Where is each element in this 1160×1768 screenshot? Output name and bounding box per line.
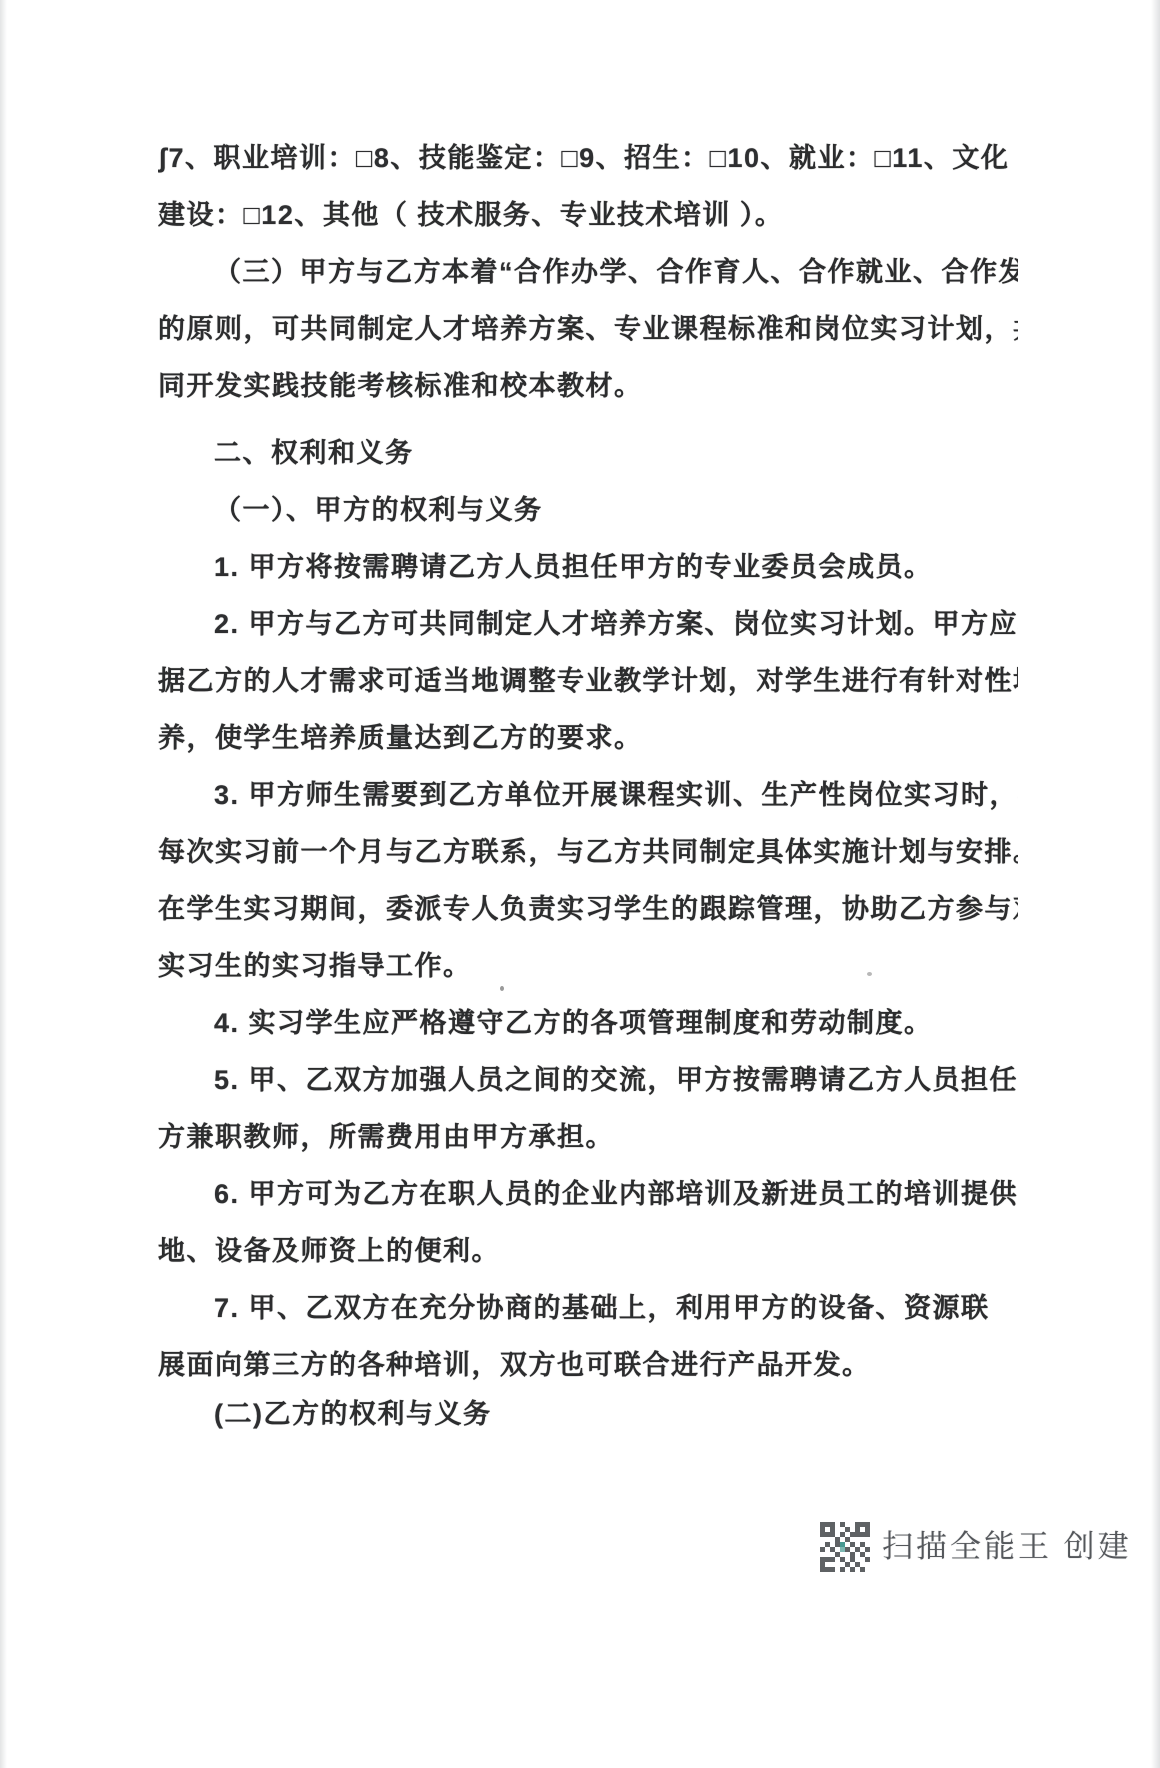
scan-edge-left bbox=[0, 0, 7, 1768]
document-page: ʃ7、职业培训：□8、技能鉴定：□9、招生：□10、就业：□11、文化 建设：□… bbox=[158, 130, 1018, 1443]
scan-speck bbox=[867, 972, 872, 976]
doc-subsection-heading: （一）、甲方的权利与义务 bbox=[158, 482, 1018, 539]
qr-code-icon bbox=[820, 1522, 870, 1572]
doc-line: 2. 甲方与乙方可共同制定人才培养方案、岗位实习计划。甲方应根 bbox=[158, 596, 1018, 653]
doc-subsection-heading: (二)乙方的权利与义务 bbox=[158, 1386, 1018, 1443]
doc-line: 实习生的实习指导工作。 bbox=[158, 938, 1018, 995]
scan-speck bbox=[500, 986, 504, 991]
doc-line: 在学生实习期间，委派专人负责实习学生的跟踪管理，协助乙方参与对 bbox=[158, 881, 1018, 938]
doc-line: 的原则，可共同制定人才培养方案、专业课程标准和岗位实习计划，共 bbox=[158, 301, 1018, 358]
doc-line: 4. 实习学生应严格遵守乙方的各项管理制度和劳动制度。 bbox=[158, 995, 1018, 1052]
doc-line: 养，使学生培养质量达到乙方的要求。 bbox=[158, 710, 1018, 767]
camscanner-watermark: 扫描全能王 创建 bbox=[820, 1522, 1132, 1572]
doc-line: 每次实习前一个月与乙方联系，与乙方共同制定具体实施计划与安排。 bbox=[158, 824, 1018, 881]
doc-section-heading: 二、权利和义务 bbox=[158, 425, 1018, 482]
doc-line: 3. 甲方师生需要到乙方单位开展课程实训、生产性岗位实习时，在 bbox=[158, 767, 1018, 824]
doc-line: 7. 甲、乙双方在充分协商的基础上，利用甲方的设备、资源联 bbox=[158, 1280, 1018, 1337]
doc-line: 6. 甲方可为乙方在职人员的企业内部培训及新进员工的培训提供 bbox=[158, 1166, 1018, 1223]
doc-line: 5. 甲、乙双方加强人员之间的交流，甲方按需聘请乙方人员担任 bbox=[158, 1052, 1018, 1109]
doc-line: ʃ7、职业培训：□8、技能鉴定：□9、招生：□10、就业：□11、文化 bbox=[158, 130, 1018, 187]
doc-line: （三）甲方与乙方本着“合作办学、合作育人、合作就业、合作发展” bbox=[158, 244, 1018, 301]
doc-line: 同开发实践技能考核标准和校本教材。 bbox=[158, 358, 1018, 415]
doc-line: 方兼职教师，所需费用由甲方承担。 bbox=[158, 1109, 1018, 1166]
scan-edge-right bbox=[1151, 0, 1160, 1768]
doc-line: 地、设备及师资上的便利。 bbox=[158, 1223, 1018, 1280]
doc-line: 1. 甲方将按需聘请乙方人员担任甲方的专业委员会成员。 bbox=[158, 539, 1018, 596]
doc-line: 建设：□12、其他（ 技术服务、专业技术培训 ）。 bbox=[158, 187, 1018, 244]
watermark-text: 扫描全能王 创建 bbox=[882, 1522, 1132, 1572]
doc-line: 据乙方的人才需求可适当地调整专业教学计划，对学生进行有针对性培 bbox=[158, 653, 1018, 710]
